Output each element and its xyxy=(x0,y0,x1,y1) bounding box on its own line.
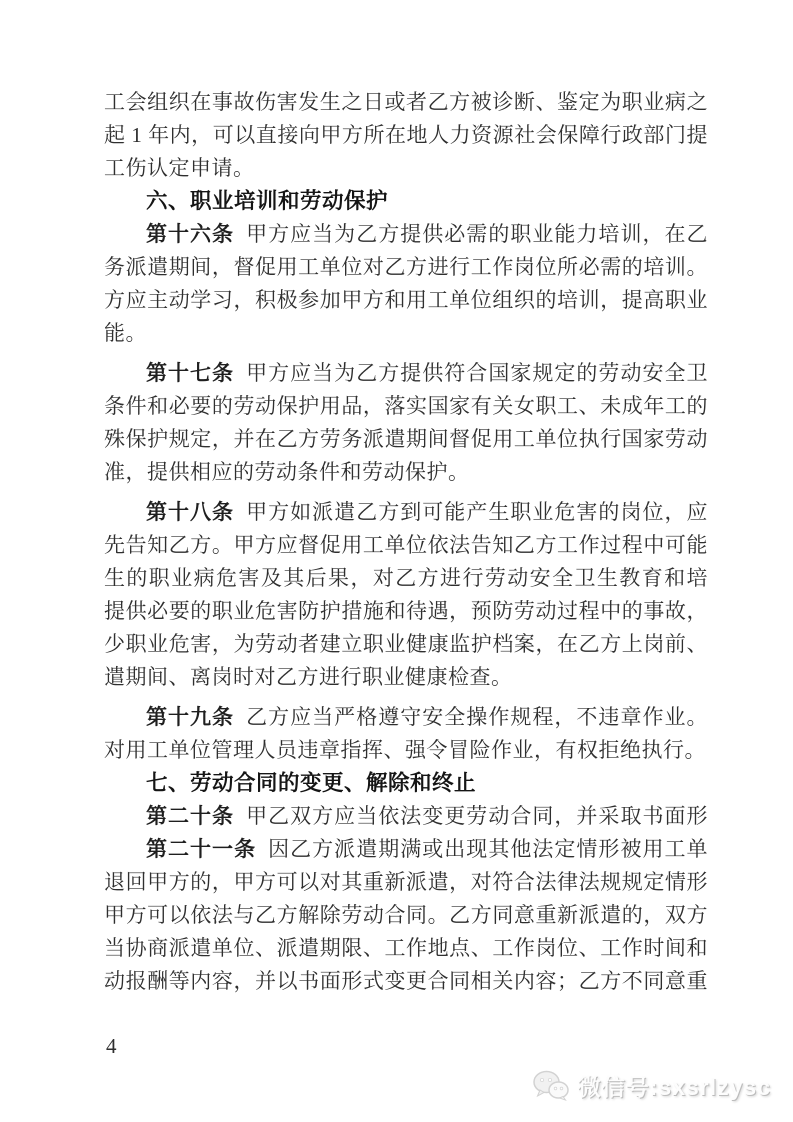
text-line: 第十九条乙方应当严格遵守安全操作规程，不违章作业。乙方 xyxy=(104,701,708,734)
paragraph: 工会组织在事故伤害发生之日或者乙方被诊断、鉴定为职业病之日起 1 年内，可以直接… xyxy=(104,86,708,185)
paragraph: 第二十条甲乙双方应当依法变更劳动合同，并采取书面形式。 xyxy=(104,800,708,833)
text-line: 起 1 年内，可以直接向甲方所在地人力资源社会保障行政部门提请 xyxy=(104,119,708,152)
section-heading: 六、职业培训和劳动保护 xyxy=(104,185,708,218)
text-line: 工伤认定申请。 xyxy=(104,152,708,185)
article-term: 第二十一条 xyxy=(146,837,256,861)
text-line: 对用工单位管理人员违章指挥、强令冒险作业，有权拒绝执行。 xyxy=(104,734,708,767)
paragraph: 第二十一条因乙方派遣期满或出现其他法定情形被用工单位退回甲方的，甲方可以对其重新… xyxy=(104,833,708,998)
text-line: 遣期间、离岗时对乙方进行职业健康检查。 xyxy=(104,661,708,694)
watermark: 微信号:sxsrlzysc xyxy=(533,1069,771,1102)
article-term: 第二十条 xyxy=(146,804,234,828)
text-line: 工会组织在事故伤害发生之日或者乙方被诊断、鉴定为职业病之日 xyxy=(104,86,708,119)
text-line: 方应主动学习，积极参加甲方和用工单位组织的培训，提高职业技 xyxy=(104,284,708,317)
text-line: 第二十条甲乙双方应当依法变更劳动合同，并采取书面形式。 xyxy=(104,800,708,833)
article-term: 第十七条 xyxy=(146,361,234,385)
text-line: 第十八条甲方如派遣乙方到可能产生职业危害的岗位，应当事 xyxy=(104,496,708,529)
text-line: 甲方可以依法与乙方解除劳动合同。乙方同意重新派遣的，双方应 xyxy=(104,899,708,932)
paragraph: 第十六条甲方应当为乙方提供必需的职业能力培训，在乙方劳务派遣期间，督促用工单位对… xyxy=(104,218,708,350)
wechat-icon xyxy=(533,1070,569,1101)
section-heading: 七、劳动合同的变更、解除和终止 xyxy=(104,767,708,800)
text-line: 能。 xyxy=(104,317,708,350)
article-term: 第十九条 xyxy=(146,705,234,729)
paragraph: 第十九条乙方应当严格遵守安全操作规程，不违章作业。乙方对用工单位管理人员违章指挥… xyxy=(104,701,708,767)
text-line: 第十七条甲方应当为乙方提供符合国家规定的劳动安全卫生 xyxy=(104,357,708,390)
paragraph: 第十八条甲方如派遣乙方到可能产生职业危害的岗位，应当事先告知乙方。甲方应督促用工… xyxy=(104,496,708,694)
text-line: 务派遣期间，督促用工单位对乙方进行工作岗位所必需的培训。乙 xyxy=(104,251,708,284)
text-line: 提供必要的职业危害防护措施和待遇，预防劳动过程中的事故，减 xyxy=(104,595,708,628)
text-line: 当协商派遣单位、派遣期限、工作地点、工作岗位、工作时间和劳 xyxy=(104,932,708,965)
document-page: 工会组织在事故伤害发生之日或者乙方被诊断、鉴定为职业病之日起 1 年内，可以直接… xyxy=(0,0,793,1122)
text-line: 生的职业病危害及其后果，对乙方进行劳动安全卫生教育和培训， xyxy=(104,562,708,595)
document-body: 工会组织在事故伤害发生之日或者乙方被诊断、鉴定为职业病之日起 1 年内，可以直接… xyxy=(104,86,708,998)
paragraph: 第十七条甲方应当为乙方提供符合国家规定的劳动安全卫生条件和必要的劳动保护用品，落… xyxy=(104,357,708,489)
page-number: 4 xyxy=(106,1034,117,1059)
watermark-text: 微信号:sxsrlzysc xyxy=(578,1069,771,1102)
text-line: 第十六条甲方应当为乙方提供必需的职业能力培训，在乙方劳 xyxy=(104,218,708,251)
text-line: 少职业危害，为劳动者建立职业健康监护档案，在乙方上岗前、派 xyxy=(104,628,708,661)
article-term: 第十六条 xyxy=(146,222,234,246)
text-line: 动报酬等内容，并以书面形式变更合同相关内容；乙方不同意重新 xyxy=(104,965,708,998)
article-term: 第十八条 xyxy=(146,500,234,524)
text-line: 条件和必要的劳动保护用品，落实国家有关女职工、未成年工的特 xyxy=(104,390,708,423)
text-line: 先告知乙方。甲方应督促用工单位依法告知乙方工作过程中可能产 xyxy=(104,529,708,562)
text-line: 准，提供相应的劳动条件和劳动保护。 xyxy=(104,456,708,489)
text-line: 殊保护规定，并在乙方劳务派遣期间督促用工单位执行国家劳动标 xyxy=(104,423,708,456)
text-line: 退回甲方的，甲方可以对其重新派遣，对符合法律法规规定情形的， xyxy=(104,866,708,899)
text-line: 第二十一条因乙方派遣期满或出现其他法定情形被用工单位 xyxy=(104,833,708,866)
